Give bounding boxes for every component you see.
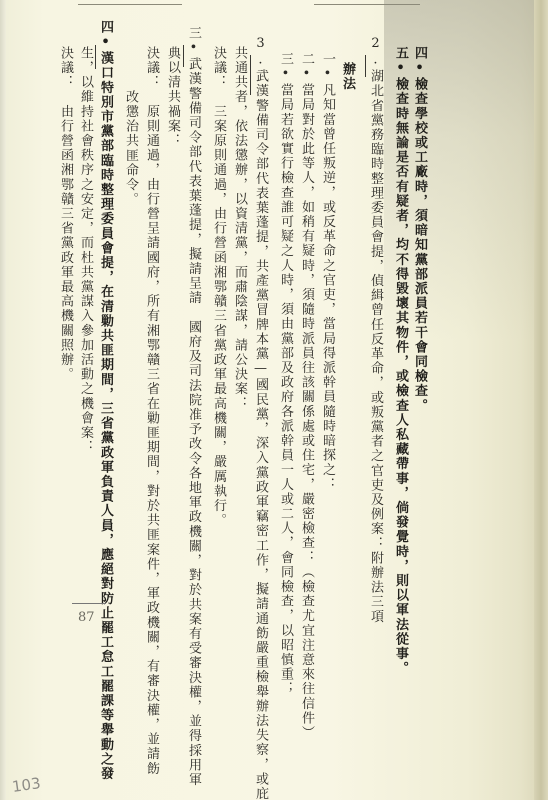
top-rule-right bbox=[314, 4, 420, 5]
page-right-edge bbox=[534, 0, 548, 800]
item-4-hankou: 四•漢口特別市黨部臨時整理委員會提，在清勦共匪期間，三省黨政軍負責人員，應絕對防… bbox=[98, 20, 112, 781]
proposal-bar bbox=[365, 55, 366, 77]
page-number: 87 bbox=[78, 610, 95, 625]
method-3: 三•當局若欲實行檢查誰可疑之人時，須由黨部及政府各派幹員一人或二人，會同檢查，以… bbox=[278, 52, 292, 696]
method-heading: 辦法 bbox=[340, 62, 354, 91]
resolution-item-3: 決議： 原則通過，由行營呈請國府，所有湘鄂贛三省在勦匪期間，對於共匪案件，軍政機… bbox=[144, 46, 158, 776]
resolution-item-3-continued: 改懲治共匪命令。 bbox=[123, 90, 137, 207]
handwritten-archive-number: 103 bbox=[11, 774, 42, 796]
item-5-no-damage: 五•檢查時無論是否有疑者，均不得毀壞其物件，或檢查人私藏帶事，倘發覺時，則以軍法… bbox=[393, 46, 407, 676]
item-3-continued: 典以清共禍案： bbox=[165, 46, 179, 148]
proposal-3-wuhan-garrison: 3.武漢警備司令部代表葉蓬提，共產黨冒牌本黨—國民黨，深入黨政軍竊密工作，擬請通… bbox=[253, 36, 267, 800]
proposal-bar bbox=[183, 45, 184, 67]
page-number-rule bbox=[72, 603, 106, 604]
item-4-continued: 生，以維持社會秩序之安定，而杜共黨謀入參加活動之機會案： bbox=[78, 46, 92, 455]
method-1: 一•凡知當曾任叛逆，或反革命之官吏，當局得派幹員隨時暗探之： bbox=[320, 52, 334, 492]
scanned-page: 四•檢查學校或工廠時，須暗知黨部派員若干會同檢查。 五•檢查時無論是否有疑者，均… bbox=[0, 0, 548, 800]
proposal-2-hubei: 2.湖北省黨務臨時整理委員會提，偵緝曾任反革命，或叛黨者之官吏及例案：附辦法三項 bbox=[368, 36, 382, 624]
item-4-school-factory-inspection: 四•檢查學校或工廠時，須暗知黨部派員若干會同檢查。 bbox=[412, 46, 426, 413]
resolution-item-4: 決議： 由行營函湘鄂贛三省黨政軍最高機關照辦。 bbox=[58, 46, 72, 382]
proposal-3-continued: 共通共者，依法懲辦，以資清黨，而肅陰謀，請公決案： bbox=[232, 46, 246, 411]
item-3-wuhan-garrison: 三•武漢警備司令部代表葉蓬提，擬請呈請 國府及司法院准予改令各地軍政機關，對於共… bbox=[186, 26, 200, 787]
resolution-3: 決議： 三案原則通過，由行營函湘鄂贛三省黨政軍最高機關，嚴厲執行。 bbox=[211, 46, 225, 528]
page-left-edge bbox=[0, 0, 6, 800]
method-2: 二•當局對於此等人，如稍有疑時，須隨時派員往該關係處或住宅，嚴密檢查：（檢查尤宜… bbox=[299, 52, 313, 740]
proposal-bar bbox=[95, 45, 96, 69]
proposal-bar bbox=[250, 55, 251, 95]
top-rule-left bbox=[78, 4, 182, 5]
